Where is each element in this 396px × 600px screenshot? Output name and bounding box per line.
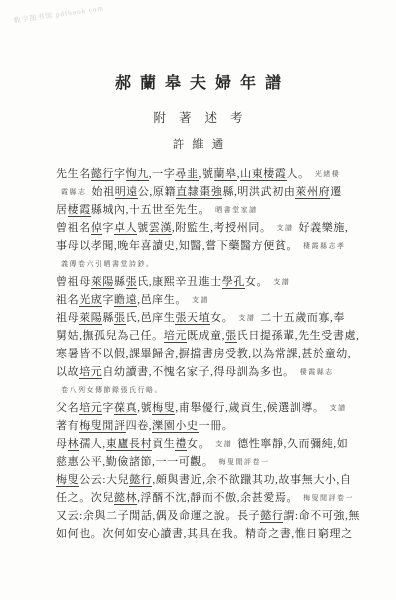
- citation-text: 棲霞縣志: [300, 368, 334, 376]
- citation-text: 支譜: [277, 224, 294, 232]
- body-segment: 女。: [210, 312, 233, 324]
- body-segment: ,號: [137, 402, 152, 414]
- body-segment: ,頗與書近,余不欲躐其功,故事無大小,自: [152, 474, 351, 486]
- body-segment: 一冊。: [199, 420, 234, 432]
- body-segment: 二十五歲而寡,奉: [260, 312, 345, 324]
- body-segment: 葆真: [114, 402, 137, 415]
- body-segment: 德性寧靜,久而彌純,如: [237, 438, 348, 450]
- body-segment: 蘭皋: [214, 168, 237, 181]
- citation-text: 霞縣志: [61, 188, 87, 196]
- text-line: 曾祖名倬字卓人號雲漢,附監生,考授州同。支譜好義樂施,: [56, 219, 360, 237]
- body-segment: 女。: [187, 438, 210, 450]
- citation-text: 光緒棲: [315, 170, 341, 178]
- body-segment: 懿行: [260, 510, 283, 523]
- text-line: 曾祖母萊陽縣張氏,康熙辛丑進士學孔女。支譜: [56, 273, 360, 291]
- body-segment: 氏日提孫輩,先生受書處,: [237, 330, 360, 342]
- body-segment: 公云:大兒: [79, 474, 129, 486]
- body-segment: 梅叟閒評: [79, 420, 125, 433]
- body-segment: ,甫舉優行,歲貢生,候選訓導。: [175, 402, 324, 414]
- text-line: 祖名光宬字瞻遠,邑庠生。支譜: [56, 291, 360, 309]
- citation-text: 支譜: [215, 440, 232, 448]
- body-segment: 著有: [56, 420, 79, 432]
- body-segment: 任之。次兒: [56, 492, 114, 504]
- body-segment: 人。: [287, 168, 310, 180]
- body-segment: 尋韭: [175, 168, 198, 181]
- citation-text: 支譜: [238, 314, 255, 322]
- scanned-book-page: 数字图书馆 pdfbook com 郝蘭皋夫婦年譜 附著述考 許維遹 先生名懿行…: [0, 0, 396, 600]
- body-segment: 懿行: [129, 474, 152, 487]
- body-segment: 事母以孝聞,晚年喜讀史,知醫,嘗下藥醫方便貧。: [56, 240, 298, 252]
- body-segment: 自幼讀書,不愧名家子,得母訓為多也。: [102, 366, 294, 378]
- body-segment: ,浮醑不沈,靜而不傲,余甚愛焉。: [137, 492, 298, 504]
- body-segment: 張: [114, 312, 126, 325]
- text-line: 先生名懿行字恂九,一字尋韭,號蘭皋,山東棲霞人。光緒棲: [56, 165, 360, 183]
- citation-text: 梅叟閒評卷一: [219, 458, 270, 466]
- body-segment: 祖母: [56, 312, 79, 324]
- body-segment: 遷: [330, 186, 342, 198]
- body-segment: 卓人: [114, 222, 137, 235]
- body-segment: 祖名: [56, 294, 79, 306]
- body-segment: 字: [102, 402, 114, 414]
- body-segment: 以故: [56, 366, 79, 378]
- body-segment: 謂:命不可強,無: [283, 510, 360, 522]
- citation-text: 支譜: [192, 296, 209, 304]
- body-segment: 貢生: [152, 438, 175, 450]
- body-segment: 縣,明洪武初由: [222, 186, 295, 198]
- page-subtitle: 附著述考: [0, 108, 396, 126]
- body-segment: 字: [102, 222, 114, 234]
- citation-text: 晒書堂家譜: [215, 206, 258, 214]
- body-segment: 光宬: [79, 294, 102, 307]
- body-segment: 慈惠公平,勤儉諸節,一一可觀。: [56, 456, 214, 468]
- body-segment: ,號: [199, 168, 214, 180]
- text-line: 義傳卷六引晒書堂詩鈔。: [56, 255, 360, 273]
- body-segment: ,一字: [149, 168, 176, 180]
- text-line: 著有梅叟閒評四卷,濼園小史一冊。: [56, 417, 360, 435]
- body-segment: 雲漢: [149, 222, 172, 235]
- body-segment: 如何也。次何如安心讀書,其具在我。精奇之書,惟日窮理之: [56, 528, 353, 540]
- body-segment: 張: [225, 330, 237, 343]
- body-segment: 縣: [114, 276, 126, 288]
- body-segment: 公,原籍: [138, 186, 176, 198]
- body-segment: 濼園小史: [152, 420, 198, 433]
- body-segment: 梅叟: [152, 402, 175, 415]
- body-segment: 縣城內,十五世至先生。: [91, 204, 210, 216]
- text-line: 任之。次兒懿林,浮醑不沈,靜而不傲,余甚愛焉。梅叟閒評卷一: [56, 489, 360, 507]
- body-segment: 曾祖名: [56, 222, 91, 234]
- body-segment: ,邑庠生。: [137, 294, 187, 306]
- text-line: 事母以孝聞,晚年喜讀史,知醫,嘗下藥醫方便貧。棲霞縣志孝: [56, 237, 360, 255]
- body-text: 先生名懿行字恂九,一字尋韭,號蘭皋,山東棲霞人。光緒棲霞縣志始祖明遠公,原籍直隸…: [0, 165, 396, 543]
- body-segment: 曾祖母: [56, 276, 91, 288]
- body-segment: 氏,康熙辛丑進士: [137, 276, 222, 288]
- body-segment: 培元: [79, 366, 102, 379]
- body-segment: 始祖: [92, 186, 115, 198]
- body-segment: 好義樂施,: [299, 222, 349, 234]
- text-line: 如何也。次何如安心讀書,其具在我。精奇之書,惟日窮理之: [56, 525, 360, 543]
- text-line: 母林孺人,東廬長村貢生禮女。支譜德性寧靜,久而彌純,如: [56, 435, 360, 453]
- body-segment: 梅叟: [56, 474, 79, 487]
- body-segment: 字: [102, 294, 114, 306]
- citation-text: 支譜: [273, 278, 290, 286]
- text-line: 居棲霞縣城內,十五世至先生。晒書堂家譜: [56, 201, 360, 219]
- body-segment: ,附監生,考授州同。: [172, 222, 272, 234]
- body-segment: 瞻遠: [114, 294, 137, 307]
- body-segment: 寒暑皆不以假,課畢歸舍,摒擋書房受教,以為常課,甚於童幼,: [56, 348, 351, 360]
- body-segment: 父名: [56, 402, 79, 414]
- body-segment: 懿行: [91, 168, 114, 181]
- body-segment: 氏,邑庠生: [126, 312, 176, 324]
- body-segment: 母: [56, 438, 68, 450]
- body-segment: 禮: [175, 438, 187, 451]
- body-segment: 舅姑,撫孤兒為己任。: [56, 330, 164, 342]
- body-segment: 四卷,: [126, 420, 153, 432]
- body-segment: 又云:余與二子閒話,偶及命運之說。長子: [56, 510, 260, 522]
- author-name: 許維遹: [0, 136, 396, 152]
- body-segment: 恂九: [126, 168, 149, 181]
- body-segment: 萊州府: [295, 186, 330, 199]
- body-segment: 萊陽: [91, 276, 114, 289]
- watermark: 数字图书馆 pdfbook com: [13, 3, 104, 26]
- citation-text: 卷八列女傳節錄張氏行略。: [61, 386, 163, 394]
- body-segment: 張天埴: [175, 312, 210, 325]
- body-segment: 號: [137, 222, 149, 234]
- body-segment: 山東棲霞: [240, 168, 286, 181]
- body-segment: 張: [126, 276, 138, 289]
- body-segment: 懿林: [114, 492, 137, 505]
- body-segment: 林: [68, 438, 80, 451]
- text-line: 卷八列女傳節錄張氏行略。: [56, 381, 360, 399]
- body-segment: 直隸棗強: [176, 186, 222, 199]
- text-line: 父名培元字葆真,號梅叟,甫舉優行,歲貢生,候選訓導。支譜: [56, 399, 360, 417]
- citation-text: 棲霞縣志孝: [303, 242, 346, 250]
- body-segment: 培元: [164, 330, 187, 343]
- text-line: 慈惠公平,勤儉諸節,一一可觀。梅叟閒評卷一: [56, 453, 360, 471]
- text-line: 梅叟公云:大兒懿行,頗與書近,余不欲躐其功,故事無大小,自: [56, 471, 360, 489]
- body-segment: 萊陽: [79, 312, 102, 325]
- body-segment: 東廬長村: [106, 438, 152, 451]
- text-line: 舅姑,撫孤兒為己任。培元既成童,張氏日提孫輩,先生受書處,: [56, 327, 360, 345]
- body-segment: 明遠: [115, 186, 138, 199]
- body-segment: 孺人,: [79, 438, 106, 450]
- text-line: 寒暑皆不以假,課畢歸舍,摒擋書房受教,以為常課,甚於童幼,: [56, 345, 360, 363]
- text-line: 祖母萊陽縣張氏,邑庠生張天埴女。支譜二十五歲而寡,奉: [56, 309, 360, 327]
- body-segment: 既成童,: [187, 330, 225, 342]
- citation-text: 義傳卷六引晒書堂詩鈔。: [61, 260, 155, 268]
- text-line: 霞縣志始祖明遠公,原籍直隸棗強縣,明洪武初由萊州府遷: [56, 183, 360, 201]
- body-segment: 先生名: [56, 168, 91, 180]
- text-line: 又云:余與二子閒話,偶及命運之說。長子懿行謂:命不可強,無: [56, 507, 360, 525]
- citation-text: 支譜: [330, 404, 347, 412]
- body-segment: 棲霞: [68, 204, 91, 217]
- body-segment: 縣: [102, 312, 114, 324]
- body-segment: 居: [56, 204, 68, 216]
- body-segment: 倬: [91, 222, 103, 235]
- body-segment: 字: [114, 168, 126, 180]
- body-segment: 女。: [245, 276, 268, 288]
- page-title: 郝蘭皋夫婦年譜: [0, 70, 396, 93]
- text-line: 以故培元自幼讀書,不愧名家子,得母訓為多也。棲霞縣志: [56, 363, 360, 381]
- citation-text: 梅叟閒評卷一: [303, 494, 354, 502]
- body-segment: 學孔: [222, 276, 245, 289]
- body-segment: 培元: [79, 402, 102, 415]
